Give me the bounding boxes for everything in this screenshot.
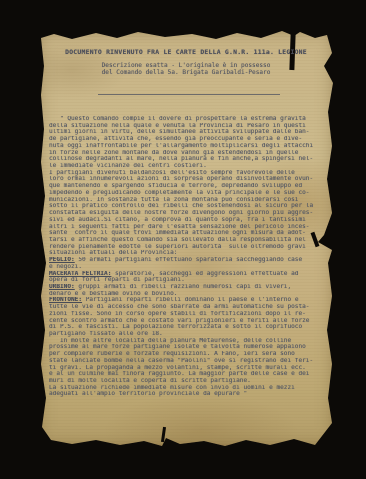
document-line: MACERATA FELTRIA: sparatorie, saccheggi … <box>49 271 331 278</box>
line-text: zioni fisse. Sono in corso opere stabili… <box>49 311 306 317</box>
place-name-label: PEGLIO: <box>49 257 75 263</box>
document-line: di P.S. e fascisti. La popolazione terro… <box>49 324 331 331</box>
line-text: que mantenendo e spargendo sfiducia e te… <box>49 183 302 189</box>
line-text: Partigiani reparti ribelli dominano il p… <box>82 297 298 303</box>
document-line: que mantenendo e spargendo sfiducia e te… <box>49 183 331 190</box>
line-text: de partigiane, attività che, essendo già… <box>49 136 302 142</box>
line-text: denaro e e bestiame ovino e bovino. <box>49 291 177 297</box>
line-text: collinose degradanti al mare, nella pian… <box>49 156 313 162</box>
document-line: per compiere ruberie e forzate requisizi… <box>49 351 331 358</box>
document-line: le immediate vicinanze dei centri costie… <box>49 163 331 170</box>
document-line: La situazione richiede immediate misure … <box>49 385 331 392</box>
document-line: adeguati all'ampio territorio provincial… <box>49 391 331 398</box>
document-subtitle-line2: del Comando della 5a. Brigata Garibaldi-… <box>36 69 336 76</box>
divider-rule <box>98 94 280 95</box>
document-line: URBINO: gruppi armati di ribelli razzian… <box>49 284 331 291</box>
document-line: loro ormai innumerevoli azioni di sorpre… <box>49 176 331 183</box>
line-text: loro ormai innumerevoli azioni di sorpre… <box>49 176 313 182</box>
line-text: gruppi armati di ribelli razziano numero… <box>75 284 291 290</box>
document-line: ti gravi. La propaganda a mezzo volantin… <box>49 365 331 372</box>
line-text: sparatorie, saccheggi ed aggressioni eff… <box>111 271 298 277</box>
document-line: altri i seguenti fatti per dare l'esatta… <box>49 224 331 231</box>
line-text: sivi ed audaci.Si citano, a comprova di … <box>49 217 306 223</box>
line-text: tarsi e affinché questo Comando sia soll… <box>49 237 306 243</box>
document-line: è al un culmine mai finora raggiunto. La… <box>49 371 331 378</box>
line-text: adeguati all'ampio territorio provincial… <box>49 391 247 397</box>
place-name-label: FRONTONE: <box>49 297 82 303</box>
document-line: e negozi. <box>49 264 331 271</box>
document-line: situazioni attuali della Provincia: <box>49 250 331 257</box>
document-line: constatata esiguità delle nostre forze d… <box>49 210 331 217</box>
line-text: sante contro il quale trovi immediata at… <box>49 230 306 236</box>
line-text: e negozi. <box>49 264 82 270</box>
document-line: zioni fisse. Sono in corso opere stabili… <box>49 311 331 318</box>
document-line: prossime al mare forze partigiane isolat… <box>49 344 331 351</box>
document-line: cente scontro armato che è costato vari … <box>49 318 331 325</box>
line-text: altri i seguenti fatti per dare l'esatta… <box>49 224 309 230</box>
document-title: DOCUMENTO RINVENUTO FRA LE CARTE DELLA G… <box>36 48 336 56</box>
document-line: tarsi e affinché questo Comando sia soll… <box>49 237 331 244</box>
line-text: è al un culmine mai finora raggiunto. La… <box>49 371 309 377</box>
line-text: sotto il pratico controllo dei ribelli c… <box>49 203 313 209</box>
document-line: della situazione nella quale è venuta la… <box>49 123 331 130</box>
line-text: rendere pienamente edotte le superiori a… <box>49 244 306 250</box>
document-line: in forze nelle zone montane da dove vann… <box>49 150 331 157</box>
document-line: nuta oggi inaffrontabile per l'allargame… <box>49 143 331 150</box>
line-text: opera di forti reparti di partigiani. <box>49 277 185 283</box>
document-line: de partigiane, attività che, essendo già… <box>49 136 331 143</box>
line-text: tutte le vie di accesso che sono sbarrat… <box>49 304 309 310</box>
document-line: opera di forti reparti di partigiani. <box>49 277 331 284</box>
document-line: municazioni. In sostanza tutta la zona m… <box>49 197 331 204</box>
line-text: cente scontro armato che è costato vari … <box>49 318 309 324</box>
line-text: ti gravi. La propaganda a mezzo volantin… <box>49 365 306 371</box>
line-text: nuta oggi inaffrontabile per l'allargame… <box>49 143 313 149</box>
document-line: partigiano fissato alle ore 18. <box>49 331 331 338</box>
line-text: della situazione nella quale è venuta la… <box>49 123 306 129</box>
line-text: in forze nelle zone montane da dove vann… <box>49 150 298 156</box>
document-line: In molte altre località della pianura Me… <box>49 338 331 345</box>
line-text: constatata esiguità delle nostre forze d… <box>49 210 313 216</box>
document-line: sante contro il quale trovi immediata at… <box>49 230 331 237</box>
document-line: sivi ed audaci.Si citano, a comprova di … <box>49 217 331 224</box>
line-text: per compiere ruberie e forzate requisizi… <box>49 351 295 357</box>
scanned-document-view: DOCUMENTO RINVENUTO FRA LE CARTE DELLA G… <box>0 0 366 479</box>
document-line: PEGLIO: 50 armati partigiani effettuano … <box>49 257 331 264</box>
document-line: state lanciate bombe nella caserma "Paol… <box>49 358 331 365</box>
line-text: La situazione richiede immediate misure … <box>49 385 295 391</box>
line-text: impedendo e pregiudicando completamente … <box>49 190 309 196</box>
document-body: " Questo Comando compie il dovere di pro… <box>49 116 331 398</box>
line-text: 50 armati partigiani effettuano sparator… <box>75 257 302 263</box>
line-text: le immediate vicinanze dei centri costie… <box>49 163 207 169</box>
document-line: denaro e e bestiame ovino e bovino. <box>49 291 331 298</box>
line-text: " Questo Comando compie il dovere di pro… <box>49 116 306 122</box>
line-text: municazioni. In sostanza tutta la zona m… <box>49 197 298 203</box>
document-line: impedendo e pregiudicando completamente … <box>49 190 331 197</box>
document-line: ultimi giorni in virtù, delle simultanee… <box>49 129 331 136</box>
document-line: " Questo Comando compie il dovere di pro… <box>49 116 331 123</box>
place-name-label: URBINO: <box>49 284 75 290</box>
line-text: situazioni attuali della Provincia: <box>49 250 177 256</box>
line-text: In molte altre località della pianura Me… <box>49 338 291 344</box>
document-line: sotto il pratico controllo dei ribelli c… <box>49 203 331 210</box>
document-line: collinose degradanti al mare, nella pian… <box>49 156 331 163</box>
line-text: I partigiani divenuti baldanzosi dell'es… <box>49 170 295 176</box>
line-text: di P.S. e fascisti. La popolazione terro… <box>49 324 302 330</box>
line-text: state lanciate bombe nella caserma "Paol… <box>49 358 313 364</box>
document-header: DOCUMENTO RINVENUTO FRA LE CARTE DELLA G… <box>36 48 336 76</box>
document-line: I partigiani divenuti baldanzosi dell'es… <box>49 170 331 177</box>
document-content: DOCUMENTO RINVENUTO FRA LE CARTE DELLA G… <box>36 28 336 448</box>
place-name-label: MACERATA FELTRIA: <box>49 271 111 277</box>
line-text: partigiano fissato alle ore 18. <box>49 331 163 337</box>
document-line: rendere pienamente edotte le superiori a… <box>49 244 331 251</box>
line-text: prossime al mare forze partigiane isolat… <box>49 344 306 350</box>
document-line: muri di molte località è coperta di scri… <box>49 378 331 385</box>
line-text: ultimi giorni in virtù, delle simultanee… <box>49 129 309 135</box>
document-line: tutte le vie di accesso che sono sbarrat… <box>49 304 331 311</box>
document-line: FRONTONE: Partigiani reparti ribelli dom… <box>49 297 331 304</box>
line-text: muri di molte località è coperta di scri… <box>49 378 251 384</box>
